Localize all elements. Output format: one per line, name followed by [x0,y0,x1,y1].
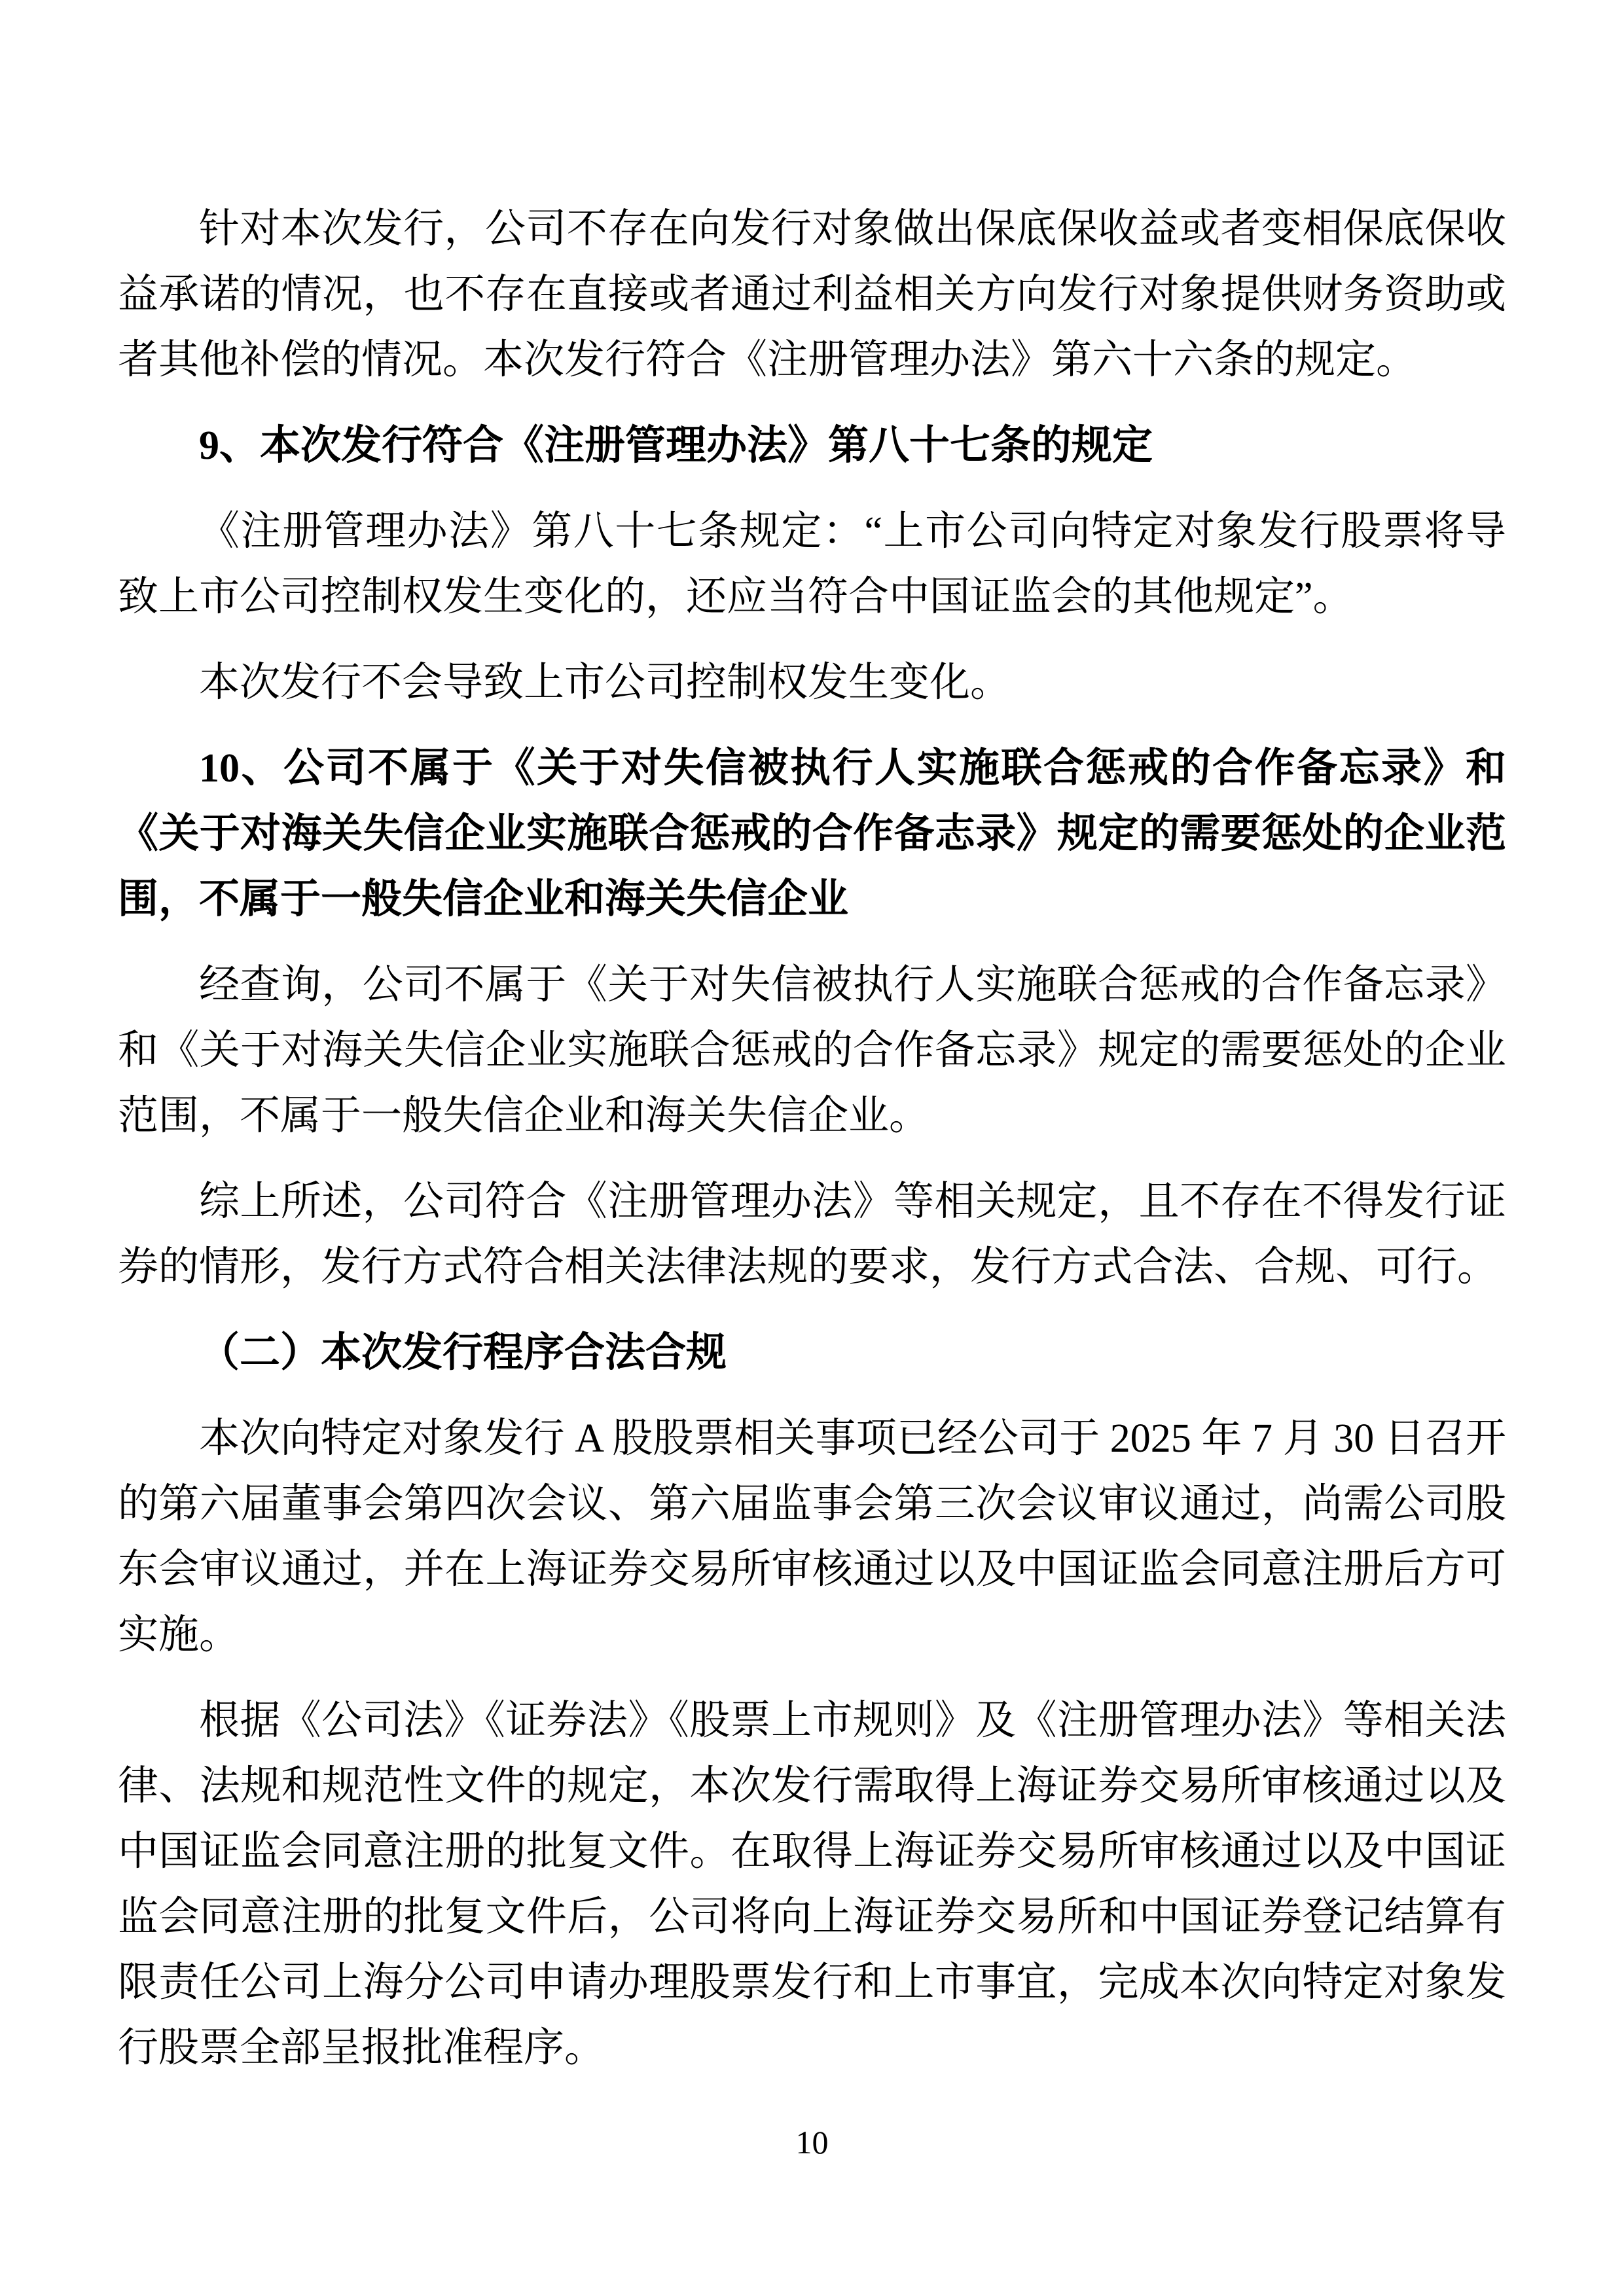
paragraph-summary-compliance: 综上所述，公司符合《注册管理办法》等相关规定，且不存在不得发行证券的情形，发行方… [118,1169,1506,1300]
heading-subsection-2-procedure: （二）本次发行程序合法合规 [118,1320,1506,1386]
document-body: 针对本次发行，公司不存在向发行对象做出保底保收益或者变相保底保收益承诺的情况，也… [0,0,1624,2081]
heading-section-10: 10、公司不属于《关于对失信被执行人实施联合惩戒的合作备忘录》和《关于对海关失信… [118,736,1506,932]
paragraph-no-control-change: 本次发行不会导致上市公司控制权发生变化。 [118,650,1506,715]
page-number: 10 [0,2123,1624,2162]
document-page-background: { "page": { "number": "10", "background_… [0,0,1624,2296]
paragraph-no-guaranteed-returns: 针对本次发行，公司不存在向发行对象做出保底保收益或者变相保底保收益承诺的情况，也… [118,196,1506,393]
paragraph-regulatory-approval-process: 根据《公司法》《证券法》《股票上市规则》及《注册管理办法》等相关法律、法规和规范… [118,1688,1506,2081]
paragraph-board-approval: 本次向特定对象发行 A 股股票相关事项已经公司于 2025 年 7 月 30 日… [118,1406,1506,1668]
heading-section-9: 9、本次发行符合《注册管理办法》第八十七条的规定 [118,413,1506,478]
paragraph-article-87-rule: 《注册管理办法》第八十七条规定：“上市公司向特定对象发行股票将导致上市公司控制权… [118,499,1506,630]
paragraph-dishonesty-check-result: 经查询，公司不属于《关于对失信被执行人实施联合惩戒的合作备忘录》和《关于对海关失… [118,952,1506,1149]
